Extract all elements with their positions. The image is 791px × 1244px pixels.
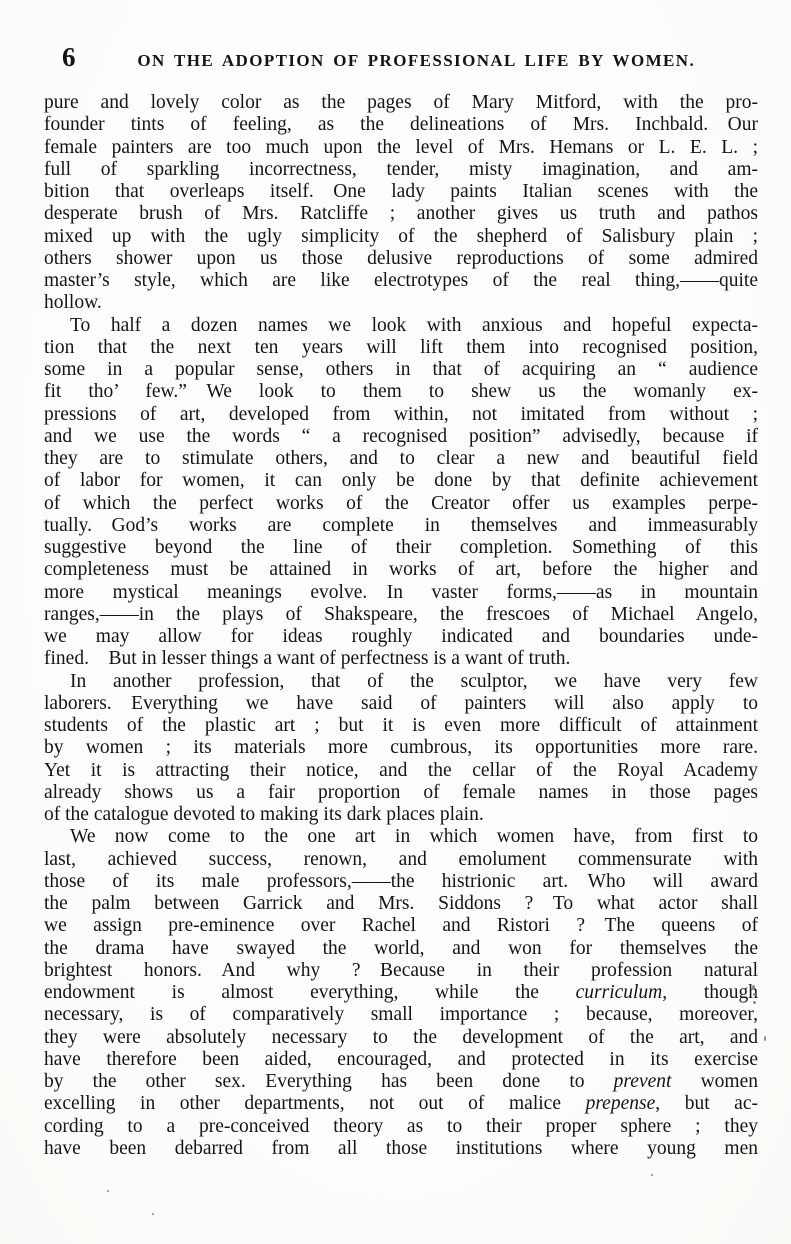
text-line: cording to a pre-conceived theory as to … xyxy=(44,1116,758,1138)
page-header: 6 ON THE ADOPTION OF PROFESSIONAL LIFE B… xyxy=(62,42,757,73)
text-line: suggestive beyond the line of their comp… xyxy=(44,537,758,559)
text-line: of which the perfect works of the Creato… xyxy=(44,493,758,515)
text-line: desperate brush of Mrs. Ratcliffe ; anot… xyxy=(44,203,758,225)
text-line: master’s style, which are like electroty… xyxy=(44,270,758,292)
text-line: endowment is almost everything, while th… xyxy=(44,982,758,1004)
text-line: ranges,——in the plays of Shakspeare, the… xyxy=(44,604,758,626)
text-line: pressions of art, developed from within,… xyxy=(44,404,758,426)
paragraph: In another profession, that of the sculp… xyxy=(44,671,758,827)
text-line: they are to stimulate others, and to cle… xyxy=(44,448,758,470)
paragraph: pure and lovely color as the pages of Ma… xyxy=(44,92,758,315)
scan-speck xyxy=(107,1190,109,1192)
text-line: some in a popular sense, others in that … xyxy=(44,359,758,381)
text-line: fined. But in lesser things a want of pe… xyxy=(44,648,758,670)
scan-speck xyxy=(764,1036,766,1041)
text-line: tion that the next ten years will lift t… xyxy=(44,337,758,359)
text-line: mixed up with the ugly simplicity of the… xyxy=(44,226,758,248)
text-line: pure and lovely color as the pages of Ma… xyxy=(44,92,758,114)
page-number: 6 xyxy=(62,42,76,73)
text-line: the drama have swayed the world, and won… xyxy=(44,938,758,960)
text-line: tually. God’s works are complete in them… xyxy=(44,515,758,537)
text-line: full of sparkling incorrectness, tender,… xyxy=(44,159,758,181)
text-line: completeness must be attained in works o… xyxy=(44,559,758,581)
text-line: necessary, is of comparatively small imp… xyxy=(44,1004,758,1026)
text-line: already shows us a fair proportion of fe… xyxy=(44,782,758,804)
text-line: they were absolutely necessary to the de… xyxy=(44,1027,758,1049)
text-line: hollow. xyxy=(44,292,758,314)
text-line: have therefore been aided, encouraged, a… xyxy=(44,1049,758,1071)
text-line: the palm between Garrick and Mrs. Siddon… xyxy=(44,893,758,915)
text-line: more mystical meanings evolve. In vaster… xyxy=(44,582,758,604)
text-line: by the other sex. Everything has been do… xyxy=(44,1071,758,1093)
text-line: founder tints of feeling, as the delinea… xyxy=(44,114,758,136)
text-line: In another profession, that of the sculp… xyxy=(44,671,758,693)
text-line: students of the plastic art ; but it is … xyxy=(44,715,758,737)
text-line: bition that overleaps itself. One lady p… xyxy=(44,181,758,203)
text-line: we assign pre-eminence over Rachel and R… xyxy=(44,915,758,937)
paragraph: We now come to the one art in which wome… xyxy=(44,826,758,1160)
scan-speck xyxy=(753,993,756,996)
scan-speck xyxy=(152,1213,154,1215)
text-line: To half a dozen names we look with anxio… xyxy=(44,315,758,337)
text-line: brightest honors. And why ? Because in t… xyxy=(44,960,758,982)
text-line: of labor for women, it can only be done … xyxy=(44,470,758,492)
text-line: those of its male professors,——the histr… xyxy=(44,871,758,893)
text-line: excelling in other departments, not out … xyxy=(44,1093,758,1115)
text-line: and we use the words “ a recognised posi… xyxy=(44,426,758,448)
text-line: last, achieved success, renown, and emol… xyxy=(44,849,758,871)
paragraph: To half a dozen names we look with anxio… xyxy=(44,315,758,671)
scan-speck xyxy=(752,985,755,989)
scan-speck xyxy=(753,1001,756,1004)
text-line: laborers. Everything we have said of pai… xyxy=(44,693,758,715)
text-line: Yet it is attracting their notice, and t… xyxy=(44,760,758,782)
text-line: of the catalogue devoted to making its d… xyxy=(44,804,758,826)
page-body: pure and lovely color as the pages of Ma… xyxy=(44,92,758,1160)
running-head: ON THE ADOPTION OF PROFESSIONAL LIFE BY … xyxy=(76,51,758,71)
text-line: we may allow for ideas roughly indicated… xyxy=(44,626,758,648)
text-line: fit tho’ few.” We look to them to shew u… xyxy=(44,381,758,403)
text-line: others shower upon us those delusive rep… xyxy=(44,248,758,270)
text-line: female painters are too much upon the le… xyxy=(44,137,758,159)
text-line: We now come to the one art in which wome… xyxy=(44,826,758,848)
scanned-page: 6 ON THE ADOPTION OF PROFESSIONAL LIFE B… xyxy=(0,0,791,1244)
text-line: have been debarred from all those instit… xyxy=(44,1138,758,1160)
scan-speck xyxy=(651,1174,653,1176)
text-line: by women ; its materials more cumbrous, … xyxy=(44,737,758,759)
